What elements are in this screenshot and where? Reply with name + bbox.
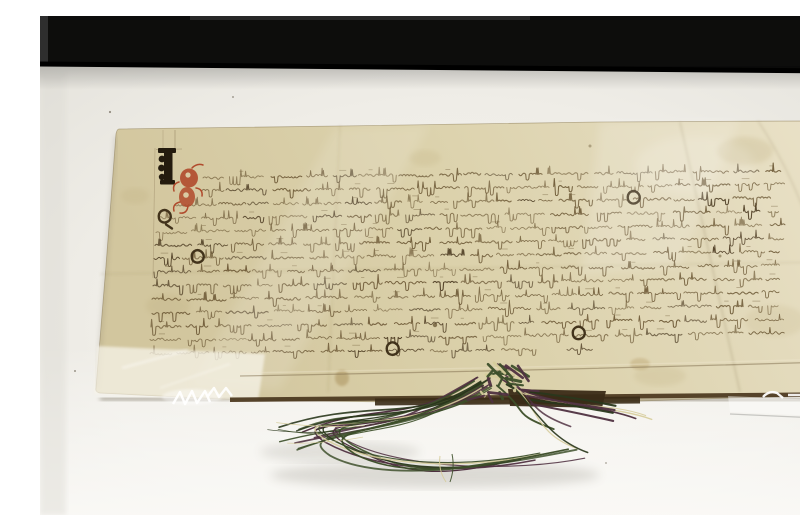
dust-speck	[74, 370, 76, 372]
museum-photo-medieval-charter	[40, 16, 800, 515]
photo-canvas	[40, 16, 800, 515]
dust-speck	[109, 111, 111, 113]
dust-speck	[232, 96, 234, 98]
dust-speck	[605, 462, 607, 464]
frame-edge	[40, 16, 800, 90]
